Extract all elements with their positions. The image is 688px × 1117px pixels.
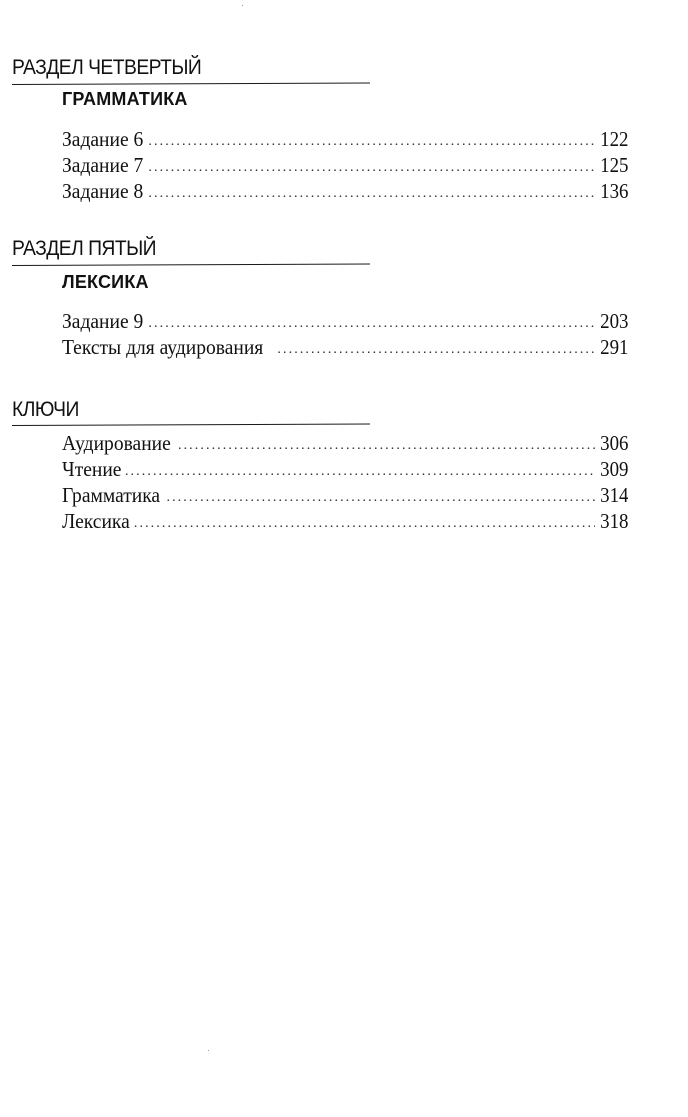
toc-entry-label: Задание 7: [62, 152, 148, 178]
toc-entry-label: Лексика: [62, 508, 134, 534]
toc-entry-page: 136: [598, 178, 628, 204]
toc-entry-label: Задание 8: [62, 178, 148, 204]
toc-entry-page: 318: [598, 508, 628, 534]
dot-leader: [148, 311, 594, 334]
toc-entry-label: Чтение: [62, 456, 126, 482]
section-title: РАЗДЕЛ ЧЕТВЕРТЫЙ: [12, 56, 201, 80]
section-title: КЛЮЧИ: [12, 398, 79, 422]
toc-entry[interactable]: Задание 9 203: [62, 308, 628, 334]
dot-leader: [125, 459, 595, 482]
toc-entry[interactable]: Задание 6 122: [62, 126, 628, 152]
toc-entry[interactable]: Аудирование 306: [62, 430, 628, 456]
toc-entry-page: 306: [598, 430, 628, 456]
dot-leader: [277, 337, 594, 360]
dot-leader: [178, 433, 595, 456]
toc-entries: Аудирование 306 Чтение 309 Грамматика 31…: [62, 430, 628, 534]
table-of-contents-page: РАЗДЕЛ ЧЕТВЕРТЫЙ ГРАММАТИКА Задание 6 12…: [0, 0, 688, 1117]
section-title: РАЗДЕЛ ПЯТЫЙ: [12, 237, 156, 261]
dot-leader: [166, 485, 594, 508]
scan-speck: [208, 1050, 209, 1051]
dot-leader: [148, 129, 594, 152]
dot-leader: [148, 181, 594, 204]
toc-entries: Задание 6 122 Задание 7 125 Задание 8 13…: [62, 126, 628, 204]
toc-entry-page: 122: [598, 126, 628, 152]
section-divider: [12, 263, 370, 266]
toc-entry-page: 309: [598, 456, 628, 482]
toc-entry[interactable]: Тексты для аудирования 291: [62, 334, 628, 360]
toc-entry[interactable]: Задание 8 136: [62, 178, 628, 204]
toc-entry-page: 203: [598, 308, 628, 334]
toc-entry-label: Аудирование: [62, 430, 175, 456]
toc-entry-label: Грамматика: [62, 482, 165, 508]
toc-entry-page: 314: [598, 482, 628, 508]
toc-entry-label: Тексты для аудирования: [62, 334, 268, 360]
toc-entry-page: 291: [598, 334, 628, 360]
toc-entries: Задание 9 203 Тексты для аудирования 291: [62, 308, 628, 360]
toc-entry-label: Задание 6: [62, 126, 148, 152]
scan-speck: [242, 5, 243, 6]
subsection-title: ЛЕКСИКА: [62, 272, 149, 293]
dot-leader: [148, 155, 594, 178]
toc-entry-page: 125: [598, 152, 628, 178]
toc-entry-label: Задание 9: [62, 308, 148, 334]
toc-entry[interactable]: Лексика 318: [62, 508, 628, 534]
dot-leader: [134, 511, 595, 534]
toc-entry[interactable]: Чтение 309: [62, 456, 628, 482]
toc-entry[interactable]: Грамматика 314: [62, 482, 628, 508]
section-divider: [12, 423, 370, 426]
toc-entry[interactable]: Задание 7 125: [62, 152, 628, 178]
section-divider: [12, 82, 370, 85]
subsection-title: ГРАММАТИКА: [62, 89, 188, 110]
